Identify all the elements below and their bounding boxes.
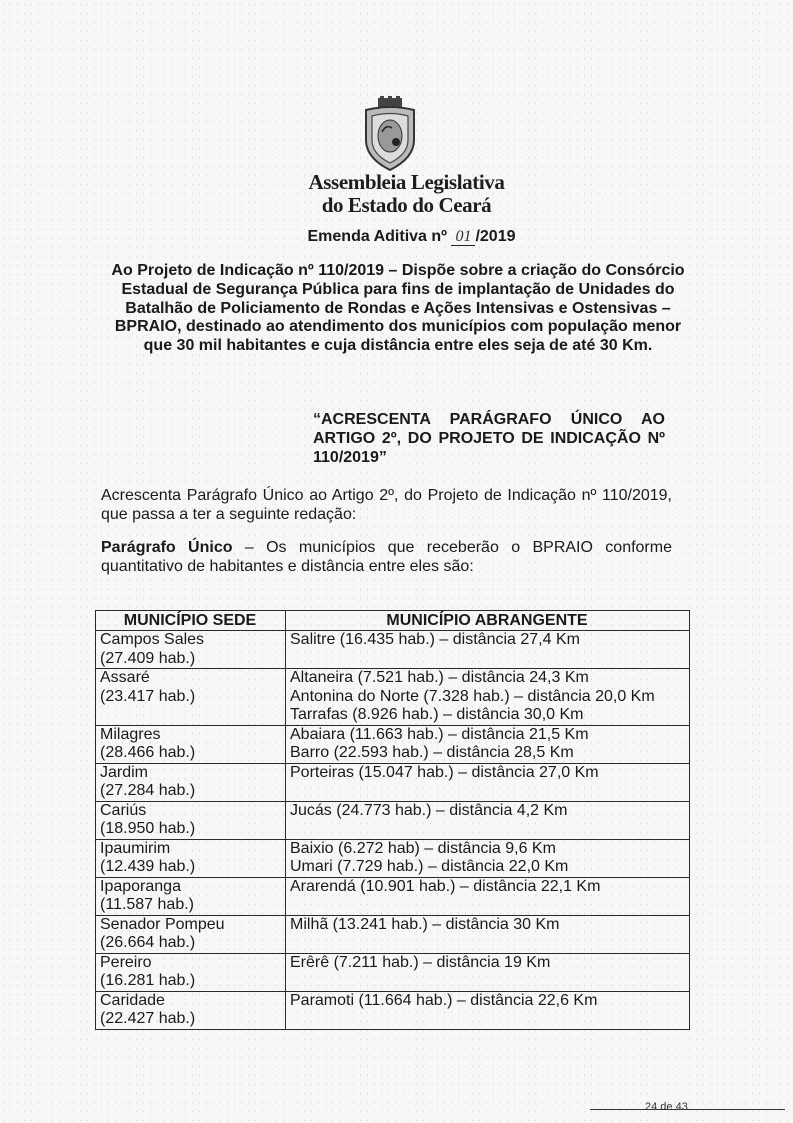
abrangente-entry: Tarrafas (8.926 hab.) – distância 30,0 K… xyxy=(290,706,684,725)
sede-population: (22.427 hab.) xyxy=(100,1010,280,1029)
sede-name: Campos Sales xyxy=(100,631,280,650)
sede-population: (23.417 hab.) xyxy=(100,688,280,707)
amendment-title: Emenda Aditiva nº 01/2019 xyxy=(0,228,793,246)
table-header-row: MUNICÍPIO SEDE MUNICÍPIO ABRANGENTE xyxy=(96,611,690,631)
abrangente-entry: Abaiara (11.663 hab.) – distância 21,5 K… xyxy=(290,726,684,745)
table-row: Milagres(28.466 hab.)Abaiara (11.663 hab… xyxy=(96,725,690,763)
institution-name-line1: Assembleia Legislativa xyxy=(10,170,793,195)
municipio-sede-cell: Jardim(27.284 hab.) xyxy=(96,763,286,801)
abrangente-entry: Porteiras (15.047 hab.) – distância 27,0… xyxy=(290,764,684,783)
sede-name: Cariús xyxy=(100,802,280,821)
body-paragraph-1: Acrescenta Parágrafo Único ao Artigo 2º,… xyxy=(101,486,672,524)
abrangente-entry: Paramoti (11.664 hab.) – distância 22,6 … xyxy=(290,992,684,1011)
municipio-abrangente-cell: Salitre (16.435 hab.) – distância 27,4 K… xyxy=(286,631,690,669)
municipio-abrangente-cell: Erêrê (7.211 hab.) – distância 19 Km xyxy=(286,953,690,991)
sede-name: Jardim xyxy=(100,764,280,783)
ementa-summary: Ao Projeto de Indicação nº 110/2019 – Di… xyxy=(100,262,696,356)
body-paragraph-2: Parágrafo Único – Os municípios que rece… xyxy=(101,538,672,576)
coat-of-arms-icon xyxy=(358,96,422,172)
municipio-abrangente-cell: Baixio (6.272 hab) – distância 9,6 KmUma… xyxy=(286,839,690,877)
amendment-heading: “ACRESCENTA PARÁGRAFO ÚNICO AO ARTIGO 2º… xyxy=(313,410,665,467)
sede-name: Ipaporanga xyxy=(100,878,280,897)
table-row: Caridade(22.427 hab.)Paramoti (11.664 ha… xyxy=(96,991,690,1029)
institution-name-line2: do Estado do Ceará xyxy=(10,193,793,218)
municipio-sede-cell: Caridade(22.427 hab.) xyxy=(96,991,286,1029)
municipio-abrangente-cell: Abaiara (11.663 hab.) – distância 21,5 K… xyxy=(286,725,690,763)
column-header-sede: MUNICÍPIO SEDE xyxy=(96,611,286,631)
abrangente-entry: Umari (7.729 hab.) – distância 22,0 Km xyxy=(290,858,684,877)
sede-name: Ipaumirim xyxy=(100,840,280,859)
sede-population: (27.409 hab.) xyxy=(100,650,280,669)
table-row: Campos Sales(27.409 hab.)Salitre (16.435… xyxy=(96,631,690,669)
column-header-abrangente: MUNICÍPIO ABRANGENTE xyxy=(286,611,690,631)
municipio-abrangente-cell: Porteiras (15.047 hab.) – distância 27,0… xyxy=(286,763,690,801)
sede-name: Pereiro xyxy=(100,954,280,973)
table-row: Pereiro(16.281 hab.)Erêrê (7.211 hab.) –… xyxy=(96,953,690,991)
page-indicator: 24 de 43 xyxy=(645,1101,688,1113)
sede-population: (18.950 hab.) xyxy=(100,820,280,839)
municipio-sede-cell: Ipaporanga(11.587 hab.) xyxy=(96,877,286,915)
sede-name: Assaré xyxy=(100,669,280,688)
sede-population: (26.664 hab.) xyxy=(100,934,280,953)
table-row: Ipaporanga(11.587 hab.)Ararendá (10.901 … xyxy=(96,877,690,915)
municipio-sede-cell: Ipaumirim(12.439 hab.) xyxy=(96,839,286,877)
municipio-abrangente-cell: Jucás (24.773 hab.) – distância 4,2 Km xyxy=(286,801,690,839)
abrangente-entry: Salitre (16.435 hab.) – distância 27,4 K… xyxy=(290,631,684,650)
sede-population: (28.466 hab.) xyxy=(100,744,280,763)
municipio-abrangente-cell: Altaneira (7.521 hab.) – distância 24,3 … xyxy=(286,669,690,726)
municipio-sede-cell: Campos Sales(27.409 hab.) xyxy=(96,631,286,669)
municipio-sede-cell: Milagres(28.466 hab.) xyxy=(96,725,286,763)
table-row: Cariús(18.950 hab.)Jucás (24.773 hab.) –… xyxy=(96,801,690,839)
abrangente-entry: Erêrê (7.211 hab.) – distância 19 Km xyxy=(290,954,684,973)
sede-name: Caridade xyxy=(100,992,280,1011)
amendment-year: /2019 xyxy=(475,228,515,245)
abrangente-entry: Baixio (6.272 hab) – distância 9,6 Km xyxy=(290,840,684,859)
table-row: Ipaumirim(12.439 hab.)Baixio (6.272 hab)… xyxy=(96,839,690,877)
paragraph-lead: Parágrafo Único xyxy=(101,539,233,556)
municipio-abrangente-cell: Ararendá (10.901 hab.) – distância 22,1 … xyxy=(286,877,690,915)
table-row: Assaré(23.417 hab.)Altaneira (7.521 hab.… xyxy=(96,669,690,726)
abrangente-entry: Ararendá (10.901 hab.) – distância 22,1 … xyxy=(290,878,684,897)
amendment-prefix: Emenda Aditiva nº xyxy=(308,228,452,245)
sede-name: Milagres xyxy=(100,726,280,745)
table-row: Senador Pompeu(26.664 hab.)Milhã (13.241… xyxy=(96,915,690,953)
municipio-abrangente-cell: Paramoti (11.664 hab.) – distância 22,6 … xyxy=(286,991,690,1029)
municipio-sede-cell: Pereiro(16.281 hab.) xyxy=(96,953,286,991)
municipalities-table: MUNICÍPIO SEDE MUNICÍPIO ABRANGENTE Camp… xyxy=(95,610,690,1030)
sede-population: (27.284 hab.) xyxy=(100,782,280,801)
abrangente-entry: Milhã (13.241 hab.) – distância 30 Km xyxy=(290,916,684,935)
sede-name: Senador Pompeu xyxy=(100,916,280,935)
scanned-page: Assembleia Legislativa do Estado do Cear… xyxy=(0,0,793,1123)
municipio-sede-cell: Cariús(18.950 hab.) xyxy=(96,801,286,839)
municipio-abrangente-cell: Milhã (13.241 hab.) – distância 30 Km xyxy=(286,915,690,953)
sede-population: (11.587 hab.) xyxy=(100,896,280,915)
amendment-number: 01 xyxy=(451,229,475,246)
abrangente-entry: Antonina do Norte (7.328 hab.) – distânc… xyxy=(290,688,684,707)
sede-population: (16.281 hab.) xyxy=(100,972,280,991)
sede-population: (12.439 hab.) xyxy=(100,858,280,877)
abrangente-entry: Jucás (24.773 hab.) – distância 4,2 Km xyxy=(290,802,684,821)
table-row: Jardim(27.284 hab.)Porteiras (15.047 hab… xyxy=(96,763,690,801)
municipio-sede-cell: Assaré(23.417 hab.) xyxy=(96,669,286,726)
abrangente-entry: Barro (22.593 hab.) – distância 28,5 Km xyxy=(290,744,684,763)
abrangente-entry: Altaneira (7.521 hab.) – distância 24,3 … xyxy=(290,669,684,688)
municipio-sede-cell: Senador Pompeu(26.664 hab.) xyxy=(96,915,286,953)
